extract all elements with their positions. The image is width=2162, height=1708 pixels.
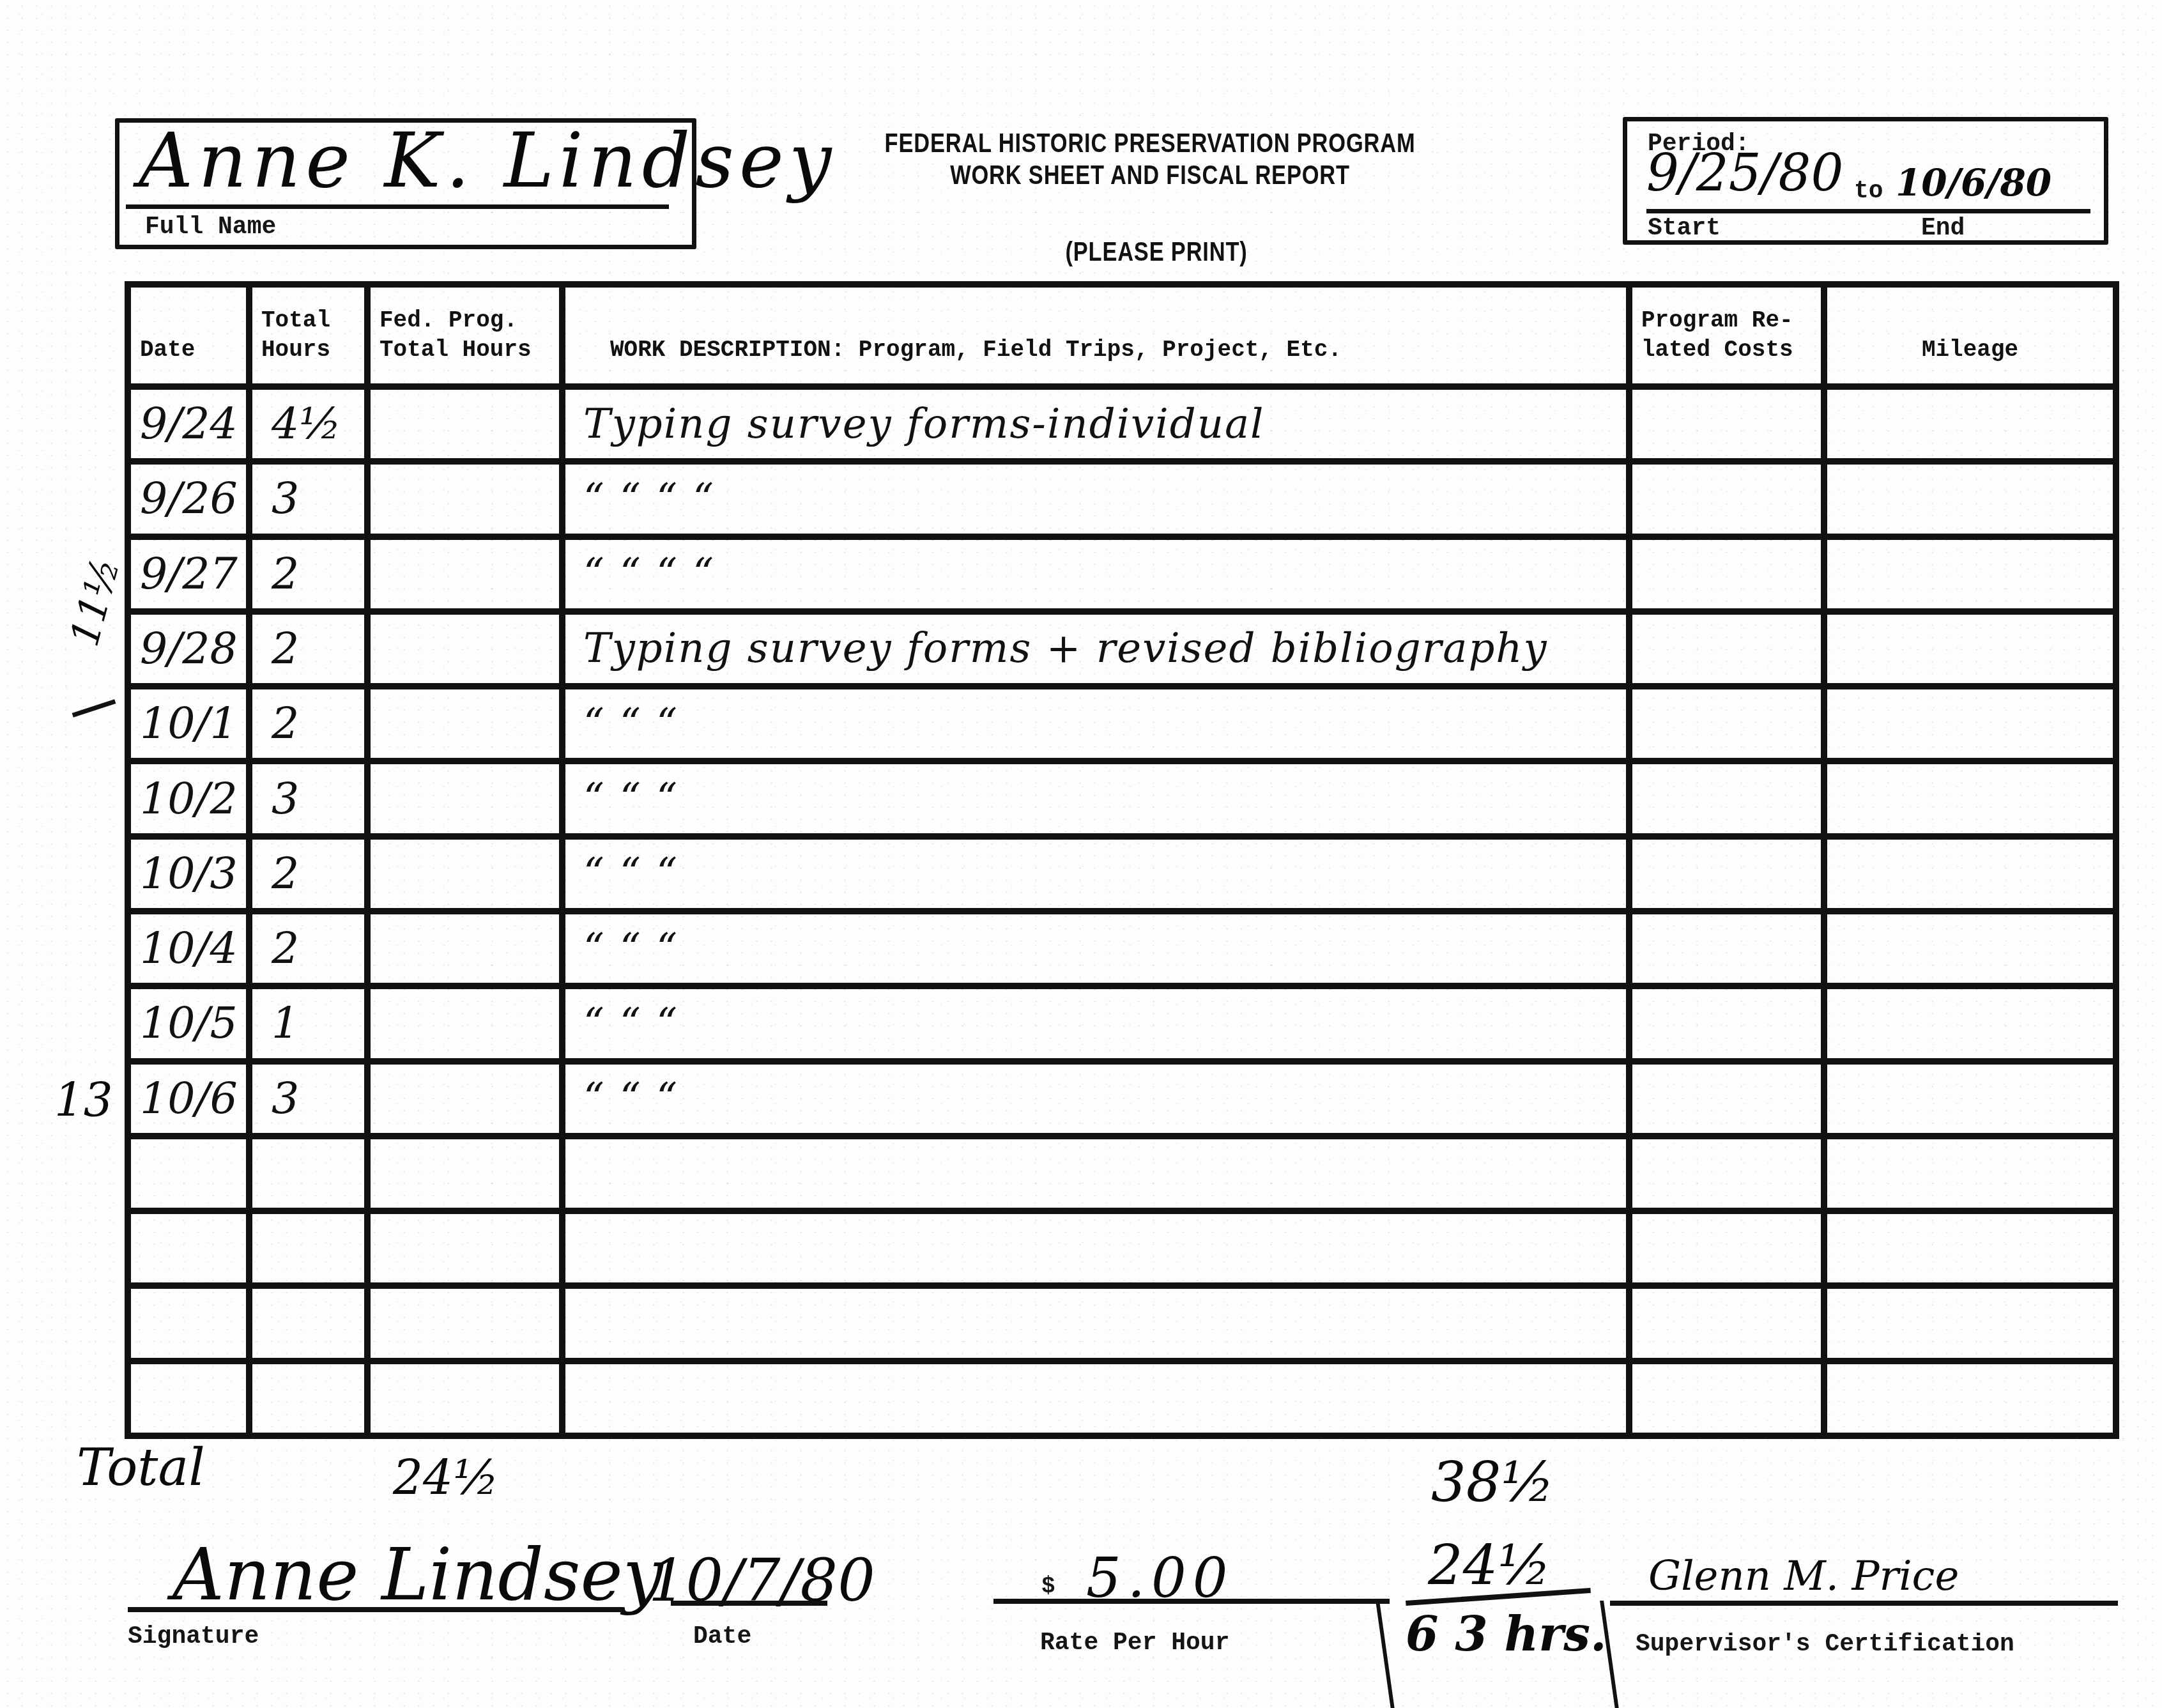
period-start-value[interactable]: 9/25/80 — [1646, 143, 1843, 203]
total-hours-cell-text: 2 — [252, 624, 299, 674]
date-cell-text: 9/27 — [131, 549, 238, 599]
fed-hours-cell[interactable] — [367, 836, 562, 911]
table-row: 10/63“ “ “ — [128, 1061, 2116, 1136]
date-cell[interactable]: 9/26 — [128, 461, 249, 536]
table-row: 10/32“ “ “ — [128, 836, 2116, 911]
period-underline — [1646, 209, 2090, 213]
total-hours-cell-text: 2 — [252, 923, 299, 974]
description-cell[interactable] — [562, 1211, 1629, 1286]
costs-cell-text — [1632, 399, 1641, 449]
costs-cell[interactable] — [1629, 1286, 1824, 1360]
description-cell[interactable]: “ “ “ — [562, 1061, 1629, 1136]
mileage-cell-text — [1827, 849, 1836, 899]
mileage-cell-text — [1827, 998, 1836, 1049]
costs-cell-text — [1632, 1298, 1641, 1349]
table-row — [128, 1286, 2116, 1360]
fed-hours-cell-text — [371, 774, 379, 824]
fed-hours-cell-text — [371, 1298, 379, 1349]
date-cell[interactable]: 10/4 — [128, 911, 249, 986]
mileage-cell[interactable] — [1824, 911, 2116, 986]
mileage-cell-text — [1827, 549, 1836, 599]
date-cell-text: 9/26 — [131, 473, 238, 524]
mileage-cell[interactable] — [1824, 686, 2116, 761]
costs-cell-text — [1632, 774, 1641, 824]
description-cell[interactable] — [562, 1361, 1629, 1436]
total-hours-cell[interactable]: 4½ — [249, 387, 367, 461]
total-hours-cell[interactable]: 3 — [249, 461, 367, 536]
table-row: 9/272“ “ “ “ — [128, 537, 2116, 612]
total-hours-cell[interactable] — [249, 1211, 367, 1286]
total-hours-cell-text: 4½ — [252, 399, 341, 449]
costs-cell[interactable] — [1629, 1061, 1824, 1136]
costs-cell[interactable] — [1629, 1211, 1824, 1286]
work-log-table: Date TotalHours Fed. Prog.Total Hours WO… — [125, 281, 2119, 1439]
total-label: Total — [77, 1438, 205, 1497]
header-mileage: Mileage — [1824, 284, 2116, 387]
total-hours-cell[interactable]: 2 — [249, 836, 367, 911]
date-cell[interactable] — [128, 1211, 249, 1286]
date-cell-text: 10/1 — [131, 698, 238, 749]
date-cell-text: 9/24 — [131, 399, 238, 449]
total-hours-cell-text — [252, 1298, 272, 1349]
date-cell[interactable]: 9/28 — [128, 612, 249, 686]
rate-currency-symbol: $ — [1041, 1573, 1055, 1599]
description-cell-text — [565, 1300, 583, 1347]
description-cell-text: “ “ “ — [565, 700, 678, 748]
form-title-line2: WORK SHEET AND FISCAL REPORT — [852, 160, 1449, 190]
fed-hours-cell-text — [371, 1073, 379, 1124]
period-to-label: to — [1854, 178, 1883, 205]
signature-value[interactable]: Anne Lindsey — [172, 1534, 663, 1617]
fed-hours-cell-text — [371, 624, 379, 674]
header-total-hours: TotalHours — [249, 284, 367, 387]
calc-hours-worked: 38½ — [1431, 1450, 1554, 1514]
costs-cell[interactable] — [1629, 986, 1824, 1061]
mileage-cell-text — [1827, 923, 1836, 974]
table-row — [128, 1211, 2116, 1286]
date-cell-text: 9/28 — [131, 624, 238, 674]
total-hours-cell-text — [252, 1373, 272, 1424]
fed-hours-cell-text — [371, 998, 379, 1049]
description-cell-text: Typing survey forms + revised bibliograp… — [565, 625, 1548, 672]
description-cell[interactable]: “ “ “ — [562, 911, 1629, 986]
date-cell-text — [131, 1298, 140, 1349]
costs-cell[interactable] — [1629, 686, 1824, 761]
description-cell[interactable]: “ “ “ — [562, 836, 1629, 911]
mileage-cell[interactable] — [1824, 537, 2116, 612]
total-hours-cell-text: 2 — [252, 549, 299, 599]
margin-subtotal-week2: 13 — [54, 1073, 113, 1127]
mileage-cell[interactable] — [1824, 387, 2116, 461]
rate-line — [993, 1599, 1390, 1604]
mileage-cell[interactable] — [1824, 836, 2116, 911]
fed-hours-cell-text — [371, 1373, 379, 1424]
mileage-cell-text — [1827, 399, 1836, 449]
fed-hours-cell[interactable] — [367, 986, 562, 1061]
date-cell[interactable] — [128, 1361, 249, 1436]
total-hours-value[interactable]: 24½ — [393, 1450, 499, 1505]
description-cell[interactable]: Typing survey forms + revised bibliograp… — [562, 612, 1629, 686]
mileage-cell[interactable] — [1824, 761, 2116, 836]
rate-label: Rate Per Hour — [1040, 1629, 1229, 1657]
costs-cell-text — [1632, 1373, 1641, 1424]
total-hours-cell[interactable]: 1 — [249, 986, 367, 1061]
date-cell-text: 10/5 — [131, 998, 238, 1049]
mileage-cell[interactable] — [1824, 986, 2116, 1061]
date-cell-text: 10/4 — [131, 923, 238, 974]
date-cell-text: 10/3 — [131, 849, 238, 899]
header-fed-prog-hours: Fed. Prog.Total Hours — [367, 284, 562, 387]
table-row: 10/12“ “ “ — [128, 686, 2116, 761]
mileage-cell[interactable] — [1824, 612, 2116, 686]
margin-subtotal-week1: 11½ — [61, 553, 128, 651]
date-cell-text — [131, 1373, 140, 1424]
date-cell[interactable]: 10/5 — [128, 986, 249, 1061]
full-name-value[interactable]: Anne K. Lindsey — [139, 116, 836, 204]
full-name-label: Full Name — [145, 213, 276, 241]
full-name-underline — [126, 204, 669, 209]
fed-hours-cell-text — [371, 923, 379, 974]
mileage-cell[interactable] — [1824, 1286, 2116, 1360]
costs-cell[interactable] — [1629, 612, 1824, 686]
costs-cell-text — [1632, 624, 1641, 674]
mileage-cell-text — [1827, 473, 1836, 524]
fed-hours-cell[interactable] — [367, 537, 562, 612]
description-cell-text: “ “ “ “ — [565, 475, 715, 523]
description-cell-text: “ “ “ — [565, 1000, 678, 1047]
total-hours-cell-text: 3 — [252, 1073, 299, 1124]
fed-hours-cell[interactable] — [367, 686, 562, 761]
supervisor-line — [1610, 1601, 2118, 1606]
date-cell[interactable] — [128, 1136, 249, 1211]
date-cell[interactable]: 10/3 — [128, 836, 249, 911]
description-cell-text: “ “ “ — [565, 925, 678, 973]
please-print-note: (PLEASE PRINT) — [1009, 236, 1303, 267]
mileage-cell-text — [1827, 1373, 1836, 1424]
mileage-cell-text — [1827, 624, 1836, 674]
total-hours-cell[interactable]: 2 — [249, 612, 367, 686]
period-box: Period: 9/25/80 to 10/6/80 Start End — [1623, 117, 2108, 245]
fed-hours-cell[interactable] — [367, 761, 562, 836]
description-cell[interactable] — [562, 1286, 1629, 1360]
table-row: 9/263“ “ “ “ — [128, 461, 2116, 536]
costs-cell-text — [1632, 549, 1641, 599]
mileage-cell[interactable] — [1824, 1136, 2116, 1211]
total-hours-cell-text: 1 — [252, 998, 299, 1049]
costs-cell[interactable] — [1629, 761, 1824, 836]
costs-cell-text — [1632, 923, 1641, 974]
fed-hours-cell[interactable] — [367, 1136, 562, 1211]
mileage-cell-text — [1827, 774, 1836, 824]
costs-cell[interactable] — [1629, 1361, 1824, 1436]
mileage-cell-text — [1827, 1148, 1836, 1199]
description-cell[interactable]: “ “ “ “ — [562, 537, 1629, 612]
fed-hours-cell[interactable] — [367, 1061, 562, 1136]
costs-cell[interactable] — [1629, 1136, 1824, 1211]
table-row: 9/282Typing survey forms + revised bibli… — [128, 612, 2116, 686]
table-header-row: Date TotalHours Fed. Prog.Total Hours WO… — [128, 284, 2116, 387]
total-hours-cell-text: 2 — [252, 698, 299, 749]
description-cell-text: Typing survey forms-individual — [565, 401, 1265, 448]
costs-cell-text — [1632, 849, 1641, 899]
mileage-cell[interactable] — [1824, 461, 2116, 536]
costs-cell[interactable] — [1629, 836, 1824, 911]
mileage-cell-text — [1827, 1223, 1836, 1273]
description-cell[interactable]: “ “ “ — [562, 986, 1629, 1061]
costs-cell[interactable] — [1629, 387, 1824, 461]
fed-hours-cell[interactable] — [367, 911, 562, 986]
description-cell-text — [565, 1374, 583, 1422]
fed-hours-cell[interactable] — [367, 387, 562, 461]
mileage-cell[interactable] — [1824, 1211, 2116, 1286]
mileage-cell-text — [1827, 698, 1836, 749]
description-cell-text: “ “ “ — [565, 1075, 678, 1122]
total-hours-cell[interactable] — [249, 1286, 367, 1360]
description-cell[interactable]: “ “ “ — [562, 686, 1629, 761]
fed-hours-cell-text — [371, 849, 379, 899]
description-cell-text: “ “ “ — [565, 850, 678, 897]
mileage-cell[interactable] — [1824, 1361, 2116, 1436]
date-cell-text — [131, 1148, 140, 1199]
description-cell-text: “ “ “ — [565, 775, 678, 822]
table-row — [128, 1361, 2116, 1436]
fed-hours-cell-text — [371, 1223, 379, 1273]
description-cell[interactable] — [562, 1136, 1629, 1211]
description-cell[interactable]: “ “ “ — [562, 761, 1629, 836]
calc-hours-billed: 24½ — [1428, 1534, 1551, 1597]
total-hours-cell[interactable]: 2 — [249, 537, 367, 612]
description-cell[interactable]: Typing survey forms-individual — [562, 387, 1629, 461]
total-hours-cell[interactable]: 3 — [249, 761, 367, 836]
costs-cell-text — [1632, 1223, 1641, 1273]
date-cell[interactable]: 9/24 — [128, 387, 249, 461]
costs-cell[interactable] — [1629, 537, 1824, 612]
total-hours-cell[interactable]: 3 — [249, 1061, 367, 1136]
fed-hours-cell[interactable] — [367, 461, 562, 536]
total-hours-cell-text — [252, 1223, 272, 1273]
costs-cell-text — [1632, 1148, 1641, 1199]
total-hours-cell-text: 3 — [252, 774, 299, 824]
full-name-box: Anne K. Lindsey Full Name — [115, 118, 696, 249]
date-cell[interactable]: 9/27 — [128, 537, 249, 612]
header-date: Date — [128, 284, 249, 387]
total-hours-cell[interactable]: 2 — [249, 686, 367, 761]
table-row — [128, 1136, 2116, 1211]
fed-hours-cell[interactable] — [367, 1361, 562, 1436]
total-hours-cell-text: 3 — [252, 473, 299, 524]
form-title-line1: FEDERAL HISTORIC PRESERVATION PROGRAM — [852, 128, 1449, 158]
description-cell-text — [565, 1150, 583, 1197]
period-start-label: Start — [1648, 215, 1721, 242]
margin-subtotal-underline — [72, 699, 116, 717]
date-cell[interactable] — [128, 1286, 249, 1360]
period-end-label: End — [1921, 215, 1965, 242]
table-row: 9/244½Typing survey forms-individual — [128, 387, 2116, 461]
costs-cell-text — [1632, 698, 1641, 749]
date-cell[interactable]: 10/6 — [128, 1061, 249, 1136]
table-row: 10/23“ “ “ — [128, 761, 2116, 836]
header-work-description: WORK DESCRIPTION: Program, Field Trips, … — [562, 284, 1629, 387]
fed-hours-cell-text — [371, 399, 379, 449]
fed-hours-cell[interactable] — [367, 1286, 562, 1360]
costs-cell[interactable] — [1629, 461, 1824, 536]
total-hours-cell-text: 2 — [252, 849, 299, 899]
total-hours-cell-text — [252, 1148, 272, 1199]
date-cell-text: 10/2 — [131, 774, 238, 824]
description-cell[interactable]: “ “ “ “ — [562, 461, 1629, 536]
supervisor-signature[interactable]: Glenn M. Price — [1648, 1553, 1959, 1600]
calc-result: 6 3 hrs. — [1406, 1607, 1607, 1662]
mileage-cell-text — [1827, 1073, 1836, 1124]
mileage-cell[interactable] — [1824, 1061, 2116, 1136]
table-row: 10/51“ “ “ — [128, 986, 2116, 1061]
costs-cell-text — [1632, 1073, 1641, 1124]
fed-hours-cell-text — [371, 1148, 379, 1199]
date-line — [671, 1601, 827, 1606]
costs-cell[interactable] — [1629, 911, 1824, 986]
date-cell-text: 10/6 — [131, 1073, 238, 1124]
signature-label: Signature — [128, 1623, 259, 1650]
costs-cell-text — [1632, 473, 1641, 524]
supervisor-label: Supervisor's Certification — [1636, 1631, 2014, 1658]
fed-hours-cell-text — [371, 549, 379, 599]
description-cell-text — [565, 1225, 583, 1272]
fed-hours-cell[interactable] — [367, 612, 562, 686]
description-cell-text: “ “ “ “ — [565, 550, 715, 597]
header-program-costs: Program Re-lated Costs — [1629, 284, 1824, 387]
fed-hours-cell[interactable] — [367, 1211, 562, 1286]
mileage-cell-text — [1827, 1298, 1836, 1349]
total-hours-cell[interactable]: 2 — [249, 911, 367, 986]
date-cell-text — [131, 1223, 140, 1273]
date-cell[interactable]: 10/1 — [128, 686, 249, 761]
fed-hours-cell-text — [371, 473, 379, 524]
total-hours-cell[interactable] — [249, 1361, 367, 1436]
fed-hours-cell-text — [371, 698, 379, 749]
total-hours-cell[interactable] — [249, 1136, 367, 1211]
date-cell[interactable]: 10/2 — [128, 761, 249, 836]
costs-cell-text — [1632, 998, 1641, 1049]
period-end-value[interactable]: 10/6/80 — [1896, 161, 2051, 204]
table-row: 10/42“ “ “ — [128, 911, 2116, 986]
signature-line — [128, 1607, 623, 1612]
date-label: Date — [693, 1623, 751, 1650]
